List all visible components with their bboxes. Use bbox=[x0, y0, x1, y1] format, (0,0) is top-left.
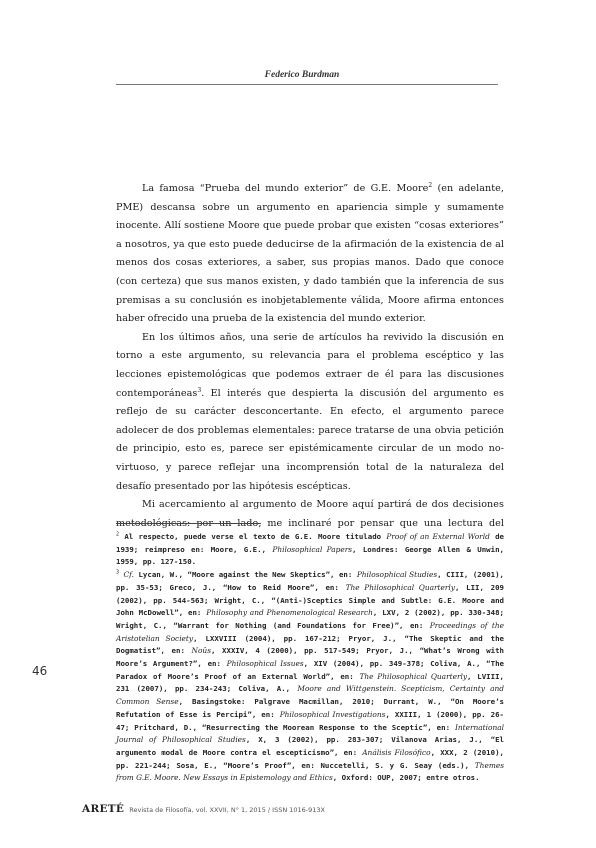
footnote-title: The Philosophical Quarterly bbox=[346, 583, 455, 592]
footnote-title: Philosophical Studies bbox=[357, 570, 437, 579]
journal-citation: Revista de Filosofía, vol. XXVII, N° 1, … bbox=[129, 806, 325, 814]
footnote-title: Philosophical Investigations bbox=[280, 710, 386, 719]
body-paragraph: Mi acercamiento al argumento de Moore aq… bbox=[116, 496, 504, 533]
footnote-title: Cf. bbox=[124, 570, 134, 579]
footnotes: 2 Al respecto, puede verse el texto de G… bbox=[116, 531, 504, 785]
footnote-marker: 3 bbox=[116, 570, 119, 576]
footnote-text: Lycan, W., “Moore against the New Skepti… bbox=[134, 570, 357, 579]
footnote-3: 3 Cf. Lycan, W., “Moore against the New … bbox=[116, 569, 504, 785]
paragraph-text: (en adelante, PME) descansa sobre un arg… bbox=[116, 183, 504, 324]
main-body-text: La famosa “Prueba del mundo exterior” de… bbox=[116, 180, 504, 533]
footnote-title: Análisis Filosófico bbox=[362, 748, 430, 757]
paragraph-text: La famosa “Prueba del mundo exterior” de… bbox=[142, 183, 428, 194]
footnote-marker: 2 bbox=[116, 532, 119, 538]
paragraph-text: . El interés que despierta la discusión … bbox=[116, 388, 504, 492]
paragraph-text: Mi acercamiento al argumento de Moore aq… bbox=[116, 499, 504, 529]
footnote-text: , Oxford: OUP, 2007; entre otros. bbox=[333, 773, 480, 782]
footnote-text: Al respecto, puede verse el texto de G.E… bbox=[124, 532, 386, 541]
footnote-title: Noûs bbox=[192, 646, 211, 655]
footnote-title: Philosophical Papers bbox=[272, 545, 352, 554]
journal-name: ARETÉ bbox=[82, 803, 124, 815]
body-paragraph: En los últimos años, una serie de artícu… bbox=[116, 329, 504, 496]
footnote-title: The Philosophical Quarterly bbox=[359, 672, 467, 681]
journal-footer: ARETÉ Revista de Filosofía, vol. XXVII, … bbox=[82, 803, 325, 815]
footnote-2: 2 Al respecto, puede verse el texto de G… bbox=[116, 531, 504, 569]
running-head-author: Federico Burdman bbox=[104, 70, 500, 80]
header-rule bbox=[116, 84, 498, 85]
body-paragraph: La famosa “Prueba del mundo exterior” de… bbox=[116, 180, 504, 329]
footnote-separator bbox=[116, 523, 261, 524]
footnote-title: Philosophical Issues bbox=[227, 659, 304, 668]
footnote-title: Proof of an External World bbox=[386, 532, 489, 541]
footnote-title: Philosophy and Phenomenological Research bbox=[206, 608, 373, 617]
page-number: 46 bbox=[32, 664, 47, 678]
